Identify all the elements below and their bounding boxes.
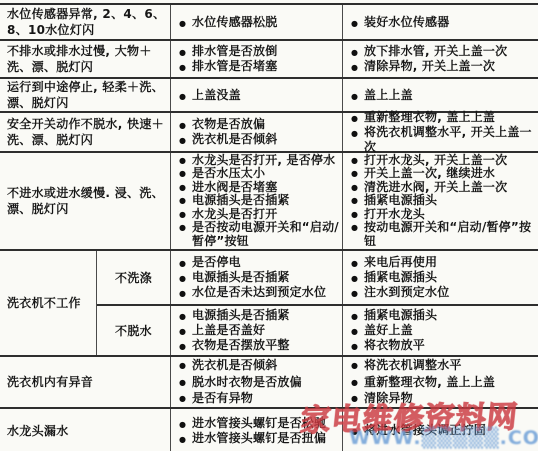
causes-cell: 进水管接头螺钉是否松驰进水管接头螺钉是否扭偏 (170, 409, 342, 451)
cause-list: 是否停电电源插头是否插紧水位是否未达到预定水位 (179, 255, 340, 300)
cause-item: 洗衣机是否倾斜 (179, 132, 340, 147)
cause-item: 衣物是否摆放平整 (179, 338, 340, 353)
solutions-cell: 将进水管接头调正拧固 (342, 409, 538, 451)
solution-list: 装好水位传感器 (351, 15, 536, 30)
solution-item: 盖上上盖 (351, 88, 536, 103)
solution-item: 来电后再使用 (351, 255, 536, 270)
solutions-cell: 装好水位传感器 (342, 5, 538, 39)
problem-cell: 不排水或排水过慢, 大物＋洗、漂、脱灯闪 (0, 41, 170, 77)
cause-item: 脱水时衣物是否放偏 (179, 374, 340, 391)
table-row: 运行到中途停止, 轻柔＋洗、漂、脱灯闪上盖没盖盖上上盖 (0, 79, 538, 113)
solution-item: 将洗衣机调整水平, 开关上盖一次 (351, 125, 536, 155)
cause-list: 上盖没盖 (179, 88, 340, 103)
solution-list: 将洗衣机调整水平重新整理衣物, 盖上上盖清除异物 (351, 357, 536, 407)
solution-item: 开关上盖一次, 继续进水 (351, 167, 536, 181)
solution-item: 插紧电源插头 (351, 270, 536, 285)
cause-list: 洗衣机是否倾斜脱水时衣物是否放偏是否有异物 (179, 357, 340, 407)
solution-item: 清除异物, 开关上盖一次 (351, 59, 536, 74)
table-row: 安全开关动作不脱水, 快速＋洗、漂、脱灯闪衣物是否放偏洗衣机是否倾斜重新整理衣物… (0, 113, 538, 153)
problem-cell: 安全开关动作不脱水, 快速＋洗、漂、脱灯闪 (0, 113, 170, 151)
cause-item: 水位是否未达到预定水位 (179, 285, 340, 300)
solution-list: 将进水管接头调正拧固 (351, 423, 536, 438)
troubleshooting-table: 水位传感器异常, 2、4、6、8、10水位灯闪水位传感器松脱装好水位传感器不排水… (0, 3, 538, 451)
problem-label: 运行到中途停止, 轻柔＋洗、漂、脱灯闪 (7, 79, 166, 111)
solution-item: 插紧电源插头 (351, 194, 536, 208)
solutions-cell: 将洗衣机调整水平重新整理衣物, 盖上上盖清除异物 (342, 357, 538, 407)
solution-item: 将衣物放平 (351, 338, 536, 353)
solution-item: 清除异物 (351, 390, 536, 407)
problem-cell: 洗衣机不工作 (0, 251, 96, 355)
table-row: 水位传感器异常, 2、4、6、8、10水位灯闪水位传感器松脱装好水位传感器 (0, 5, 538, 41)
cause-item: 上盖没盖 (179, 88, 340, 103)
cause-item: 排水管是否放倒 (179, 44, 340, 59)
solution-item: 重新整理衣物, 盖上上盖 (351, 110, 536, 125)
cause-list: 水位传感器松脱 (179, 15, 340, 30)
solution-list: 打开水龙头, 开关上盖一次开关上盖一次, 继续进水清洗进水阀, 开关上盖一次插紧… (351, 154, 536, 249)
table-row: 洗衣机不工作不洗涤是否停电电源插头是否插紧水位是否未达到预定水位来电后再使用插紧… (0, 251, 538, 357)
problem-cell: 运行到中途停止, 轻柔＋洗、漂、脱灯闪 (0, 79, 170, 111)
solution-item: 装好水位传感器 (351, 15, 536, 30)
solutions-cell: 打开水龙头, 开关上盖一次开关上盖一次, 继续进水清洗进水阀, 开关上盖一次插紧… (342, 153, 538, 249)
causes-cell: 衣物是否放偏洗衣机是否倾斜 (170, 113, 342, 151)
cause-item: 进水管接头螺钉是否松驰 (179, 416, 340, 431)
solution-item: 重新整理衣物, 盖上上盖 (351, 374, 536, 391)
solution-list: 重新整理衣物, 盖上上盖将洗衣机调整水平, 开关上盖一次 (351, 110, 536, 155)
manual-page-scan: 水位传感器异常, 2、4、6、8、10水位灯闪水位传感器松脱装好水位传感器不排水… (0, 0, 538, 451)
solution-item: 将进水管接头调正拧固 (351, 423, 536, 438)
causes-cell: 水位传感器松脱 (170, 5, 342, 39)
cause-item: 电源插头是否插紧 (179, 194, 340, 208)
problem-label: 水龙头漏水 (7, 423, 69, 439)
solution-item: 按动电源开关和“启动/暂停”按钮 (351, 221, 536, 248)
solution-item: 放下排水管, 开关上盖一次 (351, 44, 536, 59)
cause-item: 排水管是否堵塞 (179, 59, 340, 74)
solution-list: 放下排水管, 开关上盖一次清除异物, 开关上盖一次 (351, 44, 536, 74)
cause-item: 衣物是否放偏 (179, 117, 340, 132)
cause-item: 进水管接头螺钉是否扭偏 (179, 431, 340, 446)
problem-label: 安全开关动作不脱水, 快速＋洗、漂、脱灯闪 (7, 116, 166, 148)
solutions-cell: 盖上上盖 (342, 79, 538, 111)
solution-item: 将洗衣机调整水平 (351, 357, 536, 374)
causes-cell: 是否停电电源插头是否插紧水位是否未达到预定水位 (170, 251, 342, 304)
cause-list: 进水管接头螺钉是否松驰进水管接头螺钉是否扭偏 (179, 416, 340, 446)
solution-item: 注水到预定水位 (351, 285, 536, 300)
solution-list: 盖上上盖 (351, 88, 536, 103)
solution-list: 插紧电源插头盖好上盖将衣物放平 (351, 308, 536, 353)
subcondition-label: 不脱水 (97, 306, 170, 355)
problem-label: 洗衣机内有异音 (7, 374, 93, 390)
problem-cell: 水位传感器异常, 2、4、6、8、10水位灯闪 (0, 5, 170, 39)
problem-cell: 不进水或进水缓慢. 浸、洗、漂、脱灯闪 (0, 153, 170, 249)
solution-list: 来电后再使用插紧电源插头注水到预定水位 (351, 255, 536, 300)
table-row: 洗衣机内有异音洗衣机是否倾斜脱水时衣物是否放偏是否有异物将洗衣机调整水平重新整理… (0, 357, 538, 409)
cause-list: 排水管是否放倒排水管是否堵塞 (179, 44, 340, 74)
subrow-group: 不洗涤是否停电电源插头是否插紧水位是否未达到预定水位来电后再使用插紧电源插头注水… (96, 251, 538, 355)
cause-item: 是否停电 (179, 255, 340, 270)
problem-label: 洗衣机不工作 (7, 295, 81, 311)
cause-list: 水龙头是否打开, 是否停水是否水压太小进水阀是否堵塞电源插头是否插紧水龙头是否打… (179, 154, 340, 249)
cause-list: 电源插头是否插紧上盖是否盖好衣物是否摆放平整 (179, 308, 340, 353)
cause-item: 是否有异物 (179, 390, 340, 407)
causes-cell: 上盖没盖 (170, 79, 342, 111)
solutions-cell: 插紧电源插头盖好上盖将衣物放平 (342, 306, 538, 355)
problem-cell: 水龙头漏水 (0, 409, 170, 451)
sub-row: 不洗涤是否停电电源插头是否插紧水位是否未达到预定水位来电后再使用插紧电源插头注水… (97, 251, 538, 306)
cause-item: 上盖是否盖好 (179, 323, 340, 338)
solutions-cell: 来电后再使用插紧电源插头注水到预定水位 (342, 251, 538, 304)
cause-item: 是否按动电源开关和“启动/暂停”按钮 (179, 221, 340, 248)
cause-item: 电源插头是否插紧 (179, 308, 340, 323)
problem-label: 水位传感器异常, 2、4、6、8、10水位灯闪 (7, 6, 166, 38)
cause-item: 洗衣机是否倾斜 (179, 357, 340, 374)
problem-label: 不进水或进水缓慢. 浸、洗、漂、脱灯闪 (7, 185, 166, 217)
table-row: 水龙头漏水进水管接头螺钉是否松驰进水管接头螺钉是否扭偏将进水管接头调正拧固 (0, 409, 538, 451)
subcondition-label: 不洗涤 (97, 251, 170, 304)
cause-item: 电源插头是否插紧 (179, 270, 340, 285)
cause-item: 水位传感器松脱 (179, 15, 340, 30)
problem-cell: 洗衣机内有异音 (0, 357, 170, 407)
sub-row: 不脱水电源插头是否插紧上盖是否盖好衣物是否摆放平整插紧电源插头盖好上盖将衣物放平 (97, 306, 538, 355)
causes-cell: 排水管是否放倒排水管是否堵塞 (170, 41, 342, 77)
solution-item: 插紧电源插头 (351, 308, 536, 323)
solution-item: 盖好上盖 (351, 323, 536, 338)
solutions-cell: 重新整理衣物, 盖上上盖将洗衣机调整水平, 开关上盖一次 (342, 113, 538, 151)
cause-item: 是否水压太小 (179, 167, 340, 181)
cause-list: 衣物是否放偏洗衣机是否倾斜 (179, 117, 340, 147)
problem-label: 不排水或排水过慢, 大物＋洗、漂、脱灯闪 (7, 43, 166, 75)
causes-cell: 电源插头是否插紧上盖是否盖好衣物是否摆放平整 (170, 306, 342, 355)
table-row: 不排水或排水过慢, 大物＋洗、漂、脱灯闪排水管是否放倒排水管是否堵塞放下排水管,… (0, 41, 538, 79)
causes-cell: 洗衣机是否倾斜脱水时衣物是否放偏是否有异物 (170, 357, 342, 407)
causes-cell: 水龙头是否打开, 是否停水是否水压太小进水阀是否堵塞电源插头是否插紧水龙头是否打… (170, 153, 342, 249)
table-row: 不进水或进水缓慢. 浸、洗、漂、脱灯闪水龙头是否打开, 是否停水是否水压太小进水… (0, 153, 538, 251)
solutions-cell: 放下排水管, 开关上盖一次清除异物, 开关上盖一次 (342, 41, 538, 77)
